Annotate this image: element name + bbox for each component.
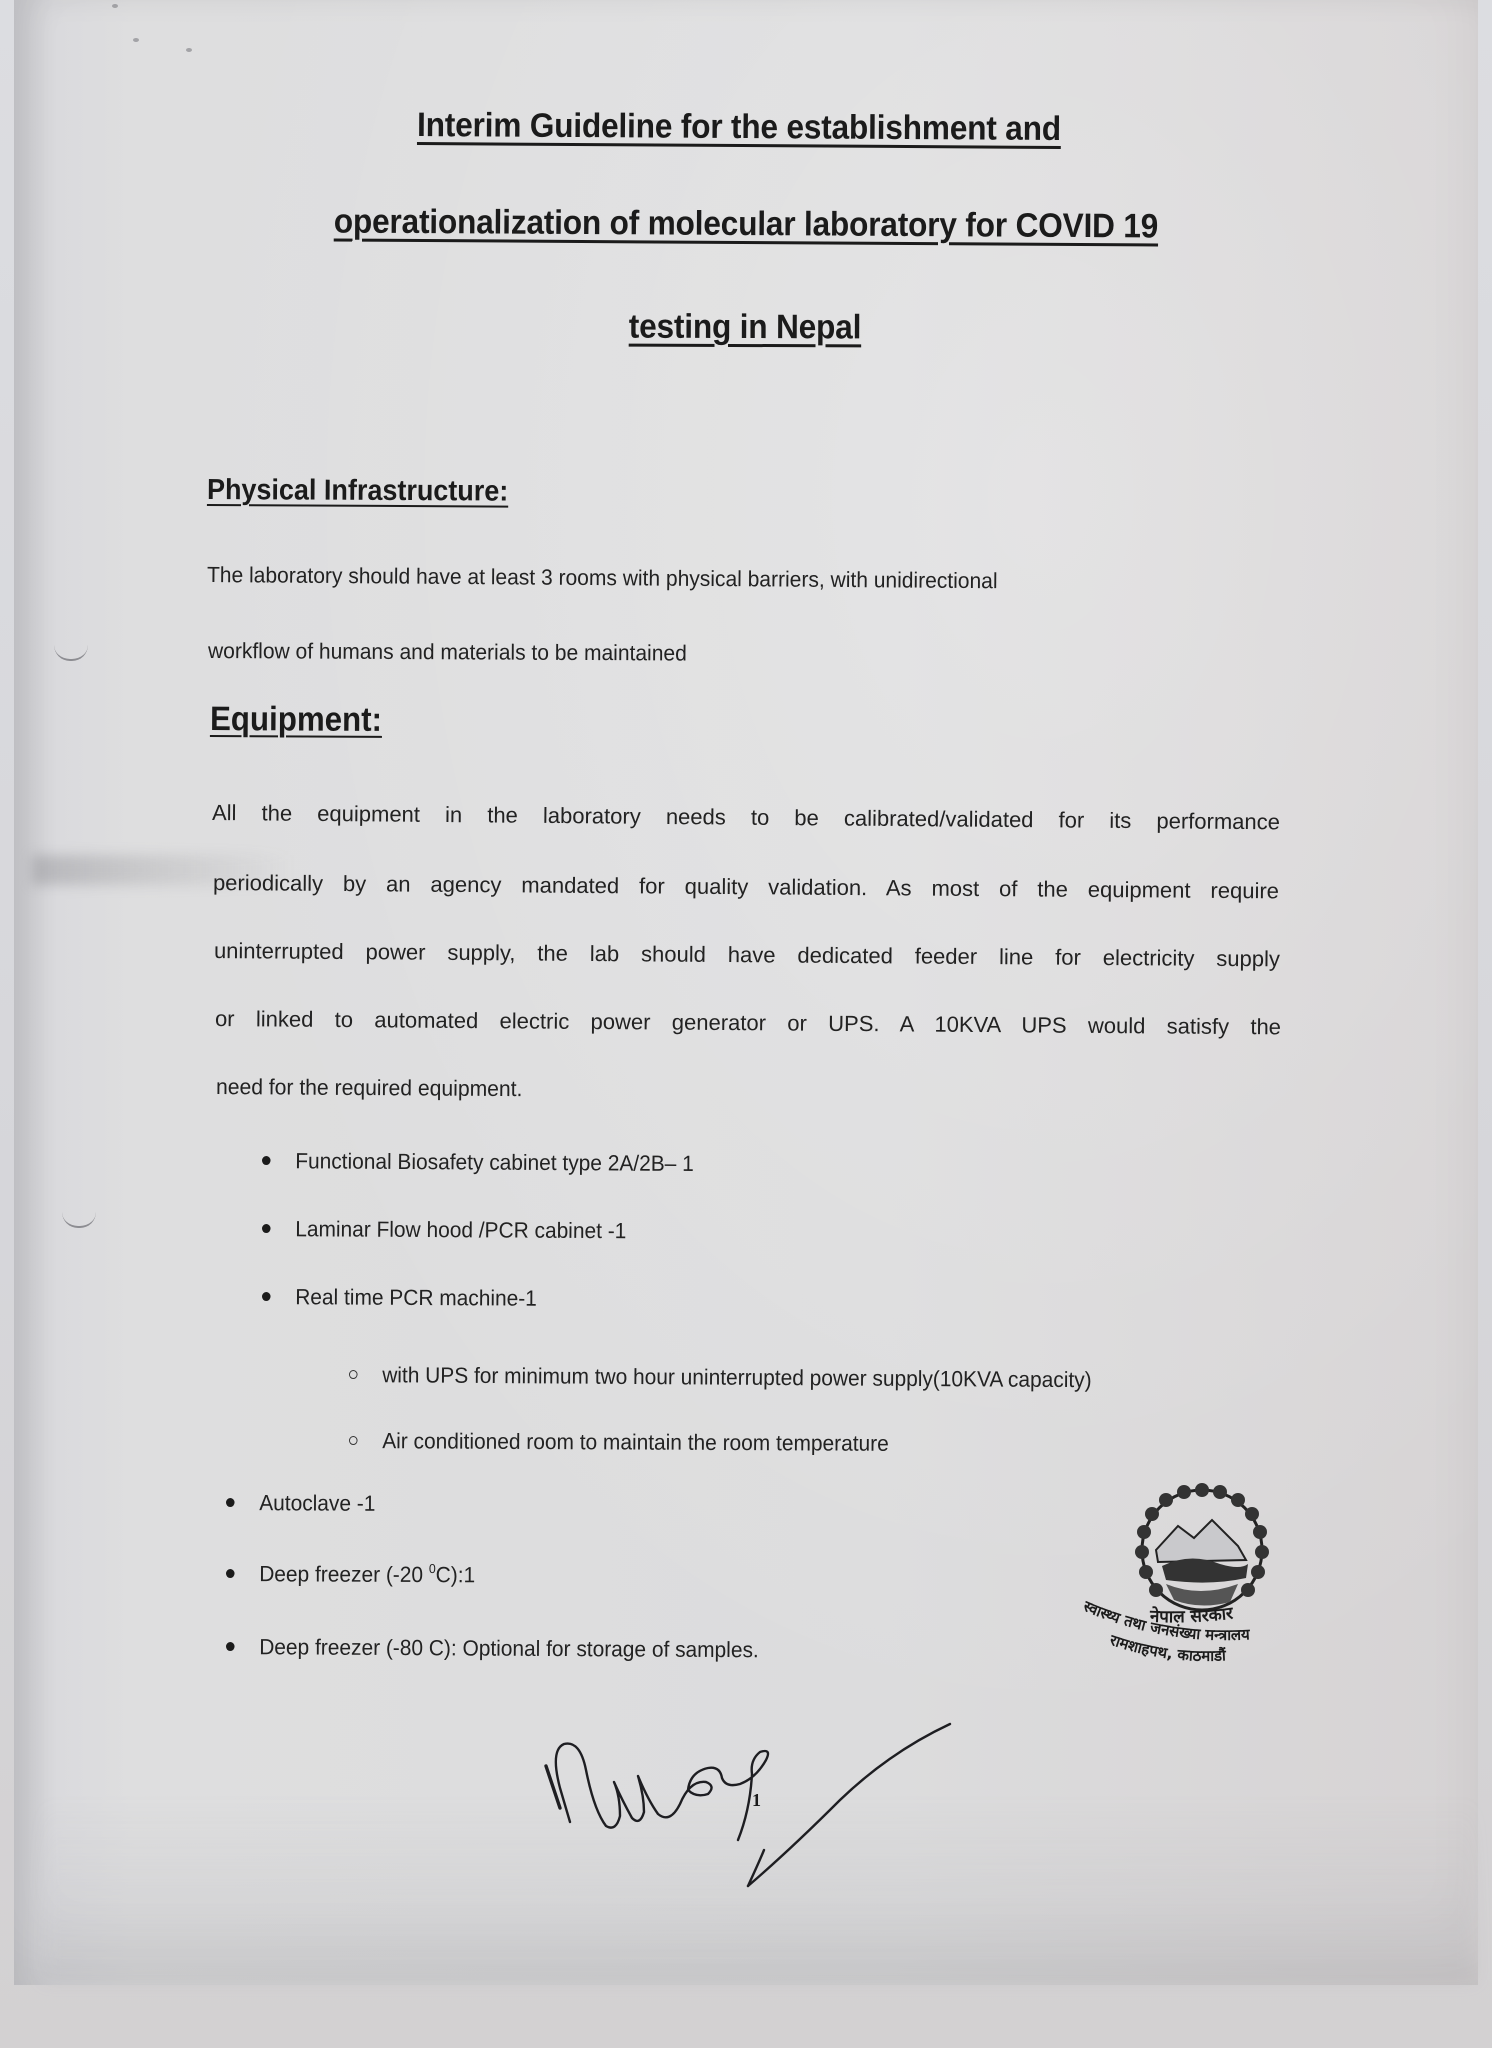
- bullet-icon: [262, 1224, 271, 1233]
- bullet-icon: [226, 1569, 235, 1578]
- bullet-icon: [262, 1156, 271, 1165]
- list-item-text: Laminar Flow hood /PCR cabinet -1: [295, 1216, 626, 1243]
- section-heading: Physical Infrastructure:: [207, 474, 508, 509]
- text-part: Deep freezer (-20: [259, 1561, 429, 1587]
- bullet-icon: [226, 1642, 235, 1651]
- nepal-emblem-icon: नेपाल सरकार स्वास्थ्य तथा जनसंख्या मन्त्…: [1070, 1480, 1330, 1690]
- paper-speck: [133, 38, 139, 42]
- title-line-3: testing in Nepal: [51, 306, 1439, 350]
- paragraph-line: need for the required equipment.: [216, 1074, 523, 1102]
- list-item-text: Real time PCR machine-1: [295, 1284, 537, 1310]
- list-item: Functional Biosafety cabinet type 2A/2B–…: [262, 1148, 694, 1177]
- list-item: Real time PCR machine-1: [262, 1284, 537, 1312]
- bullet-icon: [226, 1498, 235, 1507]
- paper-speck: [112, 4, 118, 8]
- paper-speck: [186, 48, 192, 52]
- sub-list-item: Air conditioned room to maintain the roo…: [349, 1428, 889, 1457]
- official-seal: नेपाल सरकार स्वास्थ्य तथा जनसंख्या मन्त्…: [1070, 1480, 1330, 1690]
- hollow-bullet-icon: [349, 1370, 358, 1379]
- list-item-text: Air conditioned room to maintain the roo…: [382, 1428, 889, 1456]
- text-part: C):1: [436, 1562, 476, 1587]
- signature: [520, 1700, 960, 1900]
- section-heading: Equipment:: [210, 700, 382, 740]
- list-item-text: Functional Biosafety cabinet type 2A/2B–…: [295, 1148, 694, 1176]
- hollow-bullet-icon: [349, 1436, 358, 1445]
- list-item: Deep freezer (-80 C): Optional for stora…: [226, 1634, 759, 1663]
- list-item-text: Deep freezer (-20 0C):1: [259, 1561, 475, 1587]
- list-item: Deep freezer (-20 0C):1: [226, 1560, 475, 1588]
- list-item: Laminar Flow hood /PCR cabinet -1: [262, 1216, 626, 1244]
- list-item-text: Autoclave -1: [259, 1490, 375, 1516]
- list-item-text: Deep freezer (-80 C): Optional for stora…: [259, 1634, 759, 1662]
- sub-list-item: with UPS for minimum two hour uninterrup…: [349, 1362, 1092, 1393]
- page-number: 1: [752, 1790, 761, 1811]
- paragraph-line: workflow of humans and materials to be m…: [208, 638, 687, 667]
- list-item: Autoclave -1: [226, 1490, 376, 1517]
- list-item-text: with UPS for minimum two hour uninterrup…: [382, 1362, 1092, 1392]
- handwritten-signature-icon: [520, 1700, 960, 1900]
- bullet-icon: [262, 1292, 271, 1301]
